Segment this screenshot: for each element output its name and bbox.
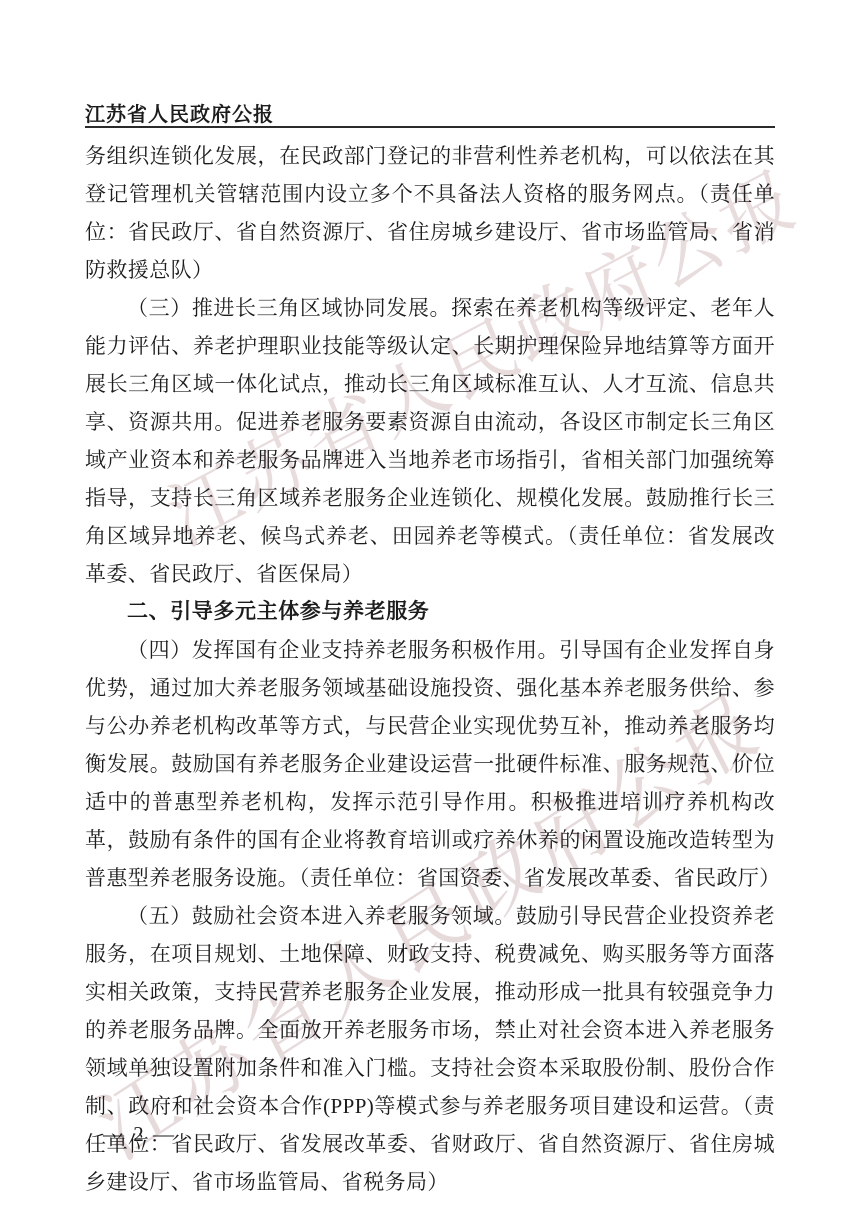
body-paragraph-continuation: 务组织连锁化发展，在民政部门登记的非营利性养老机构，可以依法在其登记管理机关管辖… <box>85 137 775 289</box>
gazette-page: 江苏省人民政府公报 江苏省人民政府公报 江苏省人民政府公报 务组织连锁化发展，在… <box>0 0 860 1217</box>
body-paragraph-item-5: （五）鼓励社会资本进入养老服务领域。鼓励引导民营企业投资养老服务，在项目规划、土… <box>85 897 775 1201</box>
section-heading-2: 二、引导多元主体参与养老服务 <box>85 593 775 631</box>
header-divider-rule <box>85 126 775 128</box>
gazette-masthead-title: 江苏省人民政府公报 <box>85 98 274 127</box>
body-paragraph-item-4: （四）发挥国有企业支持养老服务积极作用。引导国有企业发挥自身优势，通过加大养老服… <box>85 631 775 897</box>
page-number: — 2 — <box>103 1122 176 1147</box>
body-paragraph-item-3: （三）推进长三角区域协同发展。探索在养老机构等级评定、老年人能力评估、养老护理职… <box>85 289 775 593</box>
document-body: 务组织连锁化发展，在民政部门登记的非营利性养老机构，可以依法在其登记管理机关管辖… <box>85 137 775 1201</box>
